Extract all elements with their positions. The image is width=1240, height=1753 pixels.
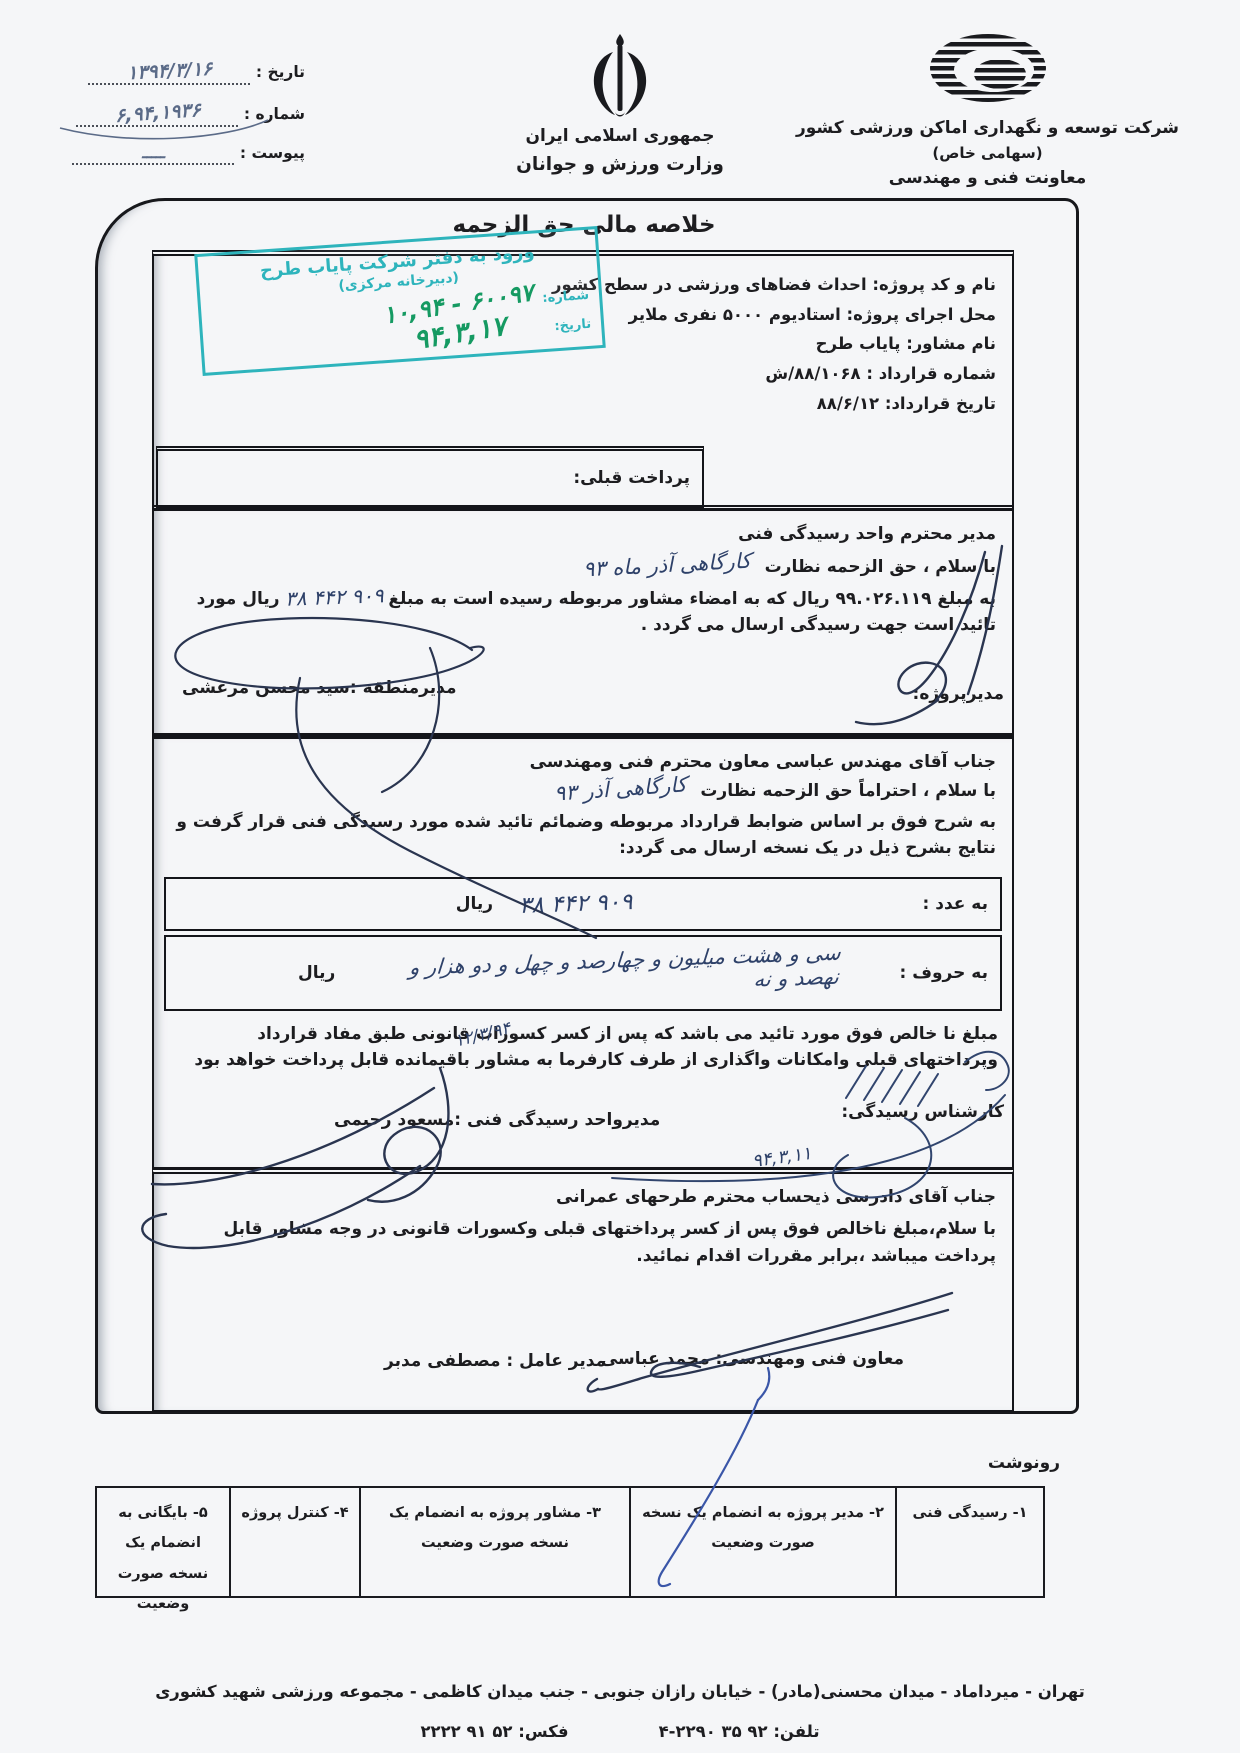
copies-item-4: ۴- کنترل پروژه xyxy=(229,1488,359,1596)
review-request-section: مدیر محترم واحد رسیدگی فنی با سلام ، حق … xyxy=(152,505,1014,737)
footer-contacts: تلفن: ۴-۲۲۹۰ ۳۵ ۹۲ فکس: ۲۲۲۲ ۹۱ ۵۲ xyxy=(0,1722,1240,1741)
section2-salutation: با سلام ، حق الزحمه نظارت xyxy=(765,557,996,577)
amount-numeric-unit: ریال xyxy=(456,891,493,917)
project-manager-label: مدیرپروژه: xyxy=(913,681,1004,707)
technical-review-result-section: جناب آقای مهندس عباسی معاون محترم فنی وم… xyxy=(152,733,1014,1169)
section2-amount-handwritten: ۳۸ ۴۴۲ ۹۰۹ xyxy=(284,583,383,610)
ministry-name: وزارت ورزش و جوانان xyxy=(470,154,770,175)
section4-recipient: جناب آقای دادرسی ذیحساب محترم طرحهای عمر… xyxy=(168,1184,996,1210)
letterhead-meta: تاریخ : ۱۳۹۴/۳/۱۶ شماره : ۶,۹۴,۱۹۳۶ پیوس… xyxy=(55,60,305,182)
review-expert-label: کارشناس رسیدگی: xyxy=(841,1099,1004,1125)
phone-value: ۴-۲۲۹۰ ۳۵ ۹۲ xyxy=(659,1722,768,1741)
letterhead-number-row: شماره : ۶,۹۴,۱۹۳۶ xyxy=(55,102,305,127)
company-type: (سهامی خاص) xyxy=(795,144,1180,162)
section3-salutation-handwritten: کارگاهی آذر ۹۳ xyxy=(554,773,688,806)
date-handwritten-value: ۱۳۹۴/۳/۱۶ xyxy=(126,58,212,84)
amount-numeric-row: به عدد : ۳۸ ۴۴۲ ۹۰۹ ریال xyxy=(164,877,1002,931)
phone-label: تلفن: xyxy=(773,1722,819,1741)
review-unit-manager-label: مدیرواحد رسیدگی فنی :مسعود رحیمی xyxy=(334,1107,660,1133)
contract-date-line: تاریخ قرارداد: ۸۸/۶/۱۲ xyxy=(154,389,996,419)
amount-words-label: به حروف : xyxy=(900,960,988,986)
company-name: شرکت توسعه و نگهداری اماکن ورزشی کشور xyxy=(795,118,1180,138)
attachment-label: پیوست : xyxy=(240,144,305,162)
section4-body: با سلام،مبلغ ناخالص فوق پس از کسر پرداخت… xyxy=(168,1216,996,1269)
section2-amount-pre: به مبلغ ۹۹.۰۲۶.۱۱۹ ریال که به امضاء مشاو… xyxy=(388,589,996,609)
deputy-signature-label: معاون فنی ومهندسی: محمد عباسی xyxy=(601,1346,904,1372)
copies-item-5: ۵- بایگانی به انضمام یک نسخه صورت وضعیت xyxy=(97,1488,229,1596)
amount-words-row: به حروف : سی و هشت میلیون و چهارصد و چهل… xyxy=(164,935,1002,1011)
fax-label: فکس: xyxy=(518,1722,568,1741)
section3-salutation: با سلام ، احتراماً حق الزحمه نظارت xyxy=(700,781,996,801)
number-label: شماره : xyxy=(244,105,305,123)
previous-payment-box: پرداخت قبلی: xyxy=(156,446,704,508)
copies-title: رونوشت xyxy=(988,1450,1060,1476)
amount-numeric-handwritten: ۳۸ ۴۴۲ ۹۰۹ xyxy=(519,889,633,919)
fax-value: ۲۲۲۲ ۹۱ ۵۲ xyxy=(420,1722,512,1741)
iran-emblem-icon xyxy=(565,28,675,120)
stamp-number-label: شماره: xyxy=(542,287,590,305)
number-handwritten-value: ۶,۹۴,۱۹۳۶ xyxy=(114,99,201,127)
country-name: جمهوری اسلامی ایران xyxy=(470,126,770,146)
stamp-date-label: تاریخ: xyxy=(554,317,592,335)
section3-recipient: جناب آقای مهندس عباسی معاون محترم فنی وم… xyxy=(168,749,996,775)
previous-payment-label: پرداخت قبلی: xyxy=(573,465,690,491)
copies-table: ۱- رسیدگی فنی ۲- مدیر پروژه به انضمام یک… xyxy=(95,1486,1045,1598)
letterhead-attachment-row: پیوست : ـــــ xyxy=(55,144,305,165)
date-label: تاریخ : xyxy=(256,63,305,81)
section3-body: به شرح فوق بر اساس ضوابط قرارداد مربوطه … xyxy=(168,809,996,862)
payment-order-section: جناب آقای دادرسی ذیحساب محترم طرحهای عمر… xyxy=(152,1168,1014,1412)
footer-phone: تلفن: ۴-۲۲۹۰ ۳۵ ۹۲ xyxy=(659,1722,820,1741)
attachment-handwritten-value: ـــــ xyxy=(142,144,165,162)
copies-item-3: ۳- مشاور پروژه به انضمام یک نسخه صورت وض… xyxy=(359,1488,629,1596)
amount-numeric-label: به عدد : xyxy=(923,891,989,917)
company-logo-icon xyxy=(918,30,1058,110)
section2-salutation-handwritten: کارگاهی آذر ماه ۹۳ xyxy=(583,549,752,582)
copies-item-2: ۲- مدیر پروژه به انضمام یک نسخه صورت وضع… xyxy=(629,1488,895,1596)
section2-recipient: مدیر محترم واحد رسیدگی فنی xyxy=(168,521,996,547)
region-manager-label: مدیرمنطقه :سید محسن مرعشی xyxy=(182,675,457,701)
department-name: معاونت فنی و مهندسی xyxy=(795,168,1180,188)
amount-words-unit: ریال xyxy=(298,960,335,986)
footer-fax: فکس: ۲۲۲۲ ۹۱ ۵۲ xyxy=(420,1722,568,1741)
letterhead-company: شرکت توسعه و نگهداری اماکن ورزشی کشور (س… xyxy=(795,30,1180,188)
managing-director-label: مدیر عامل : مصطفی مدبر xyxy=(384,1348,606,1374)
scanned-fee-summary-letter: تاریخ : ۱۳۹۴/۳/۱۶ شماره : ۶,۹۴,۱۹۳۶ پیوس… xyxy=(0,0,1240,1753)
section3-note: مبلغ نا خالص فوق مورد تائید می باشد که پ… xyxy=(170,1021,998,1074)
letterhead-center: جمهوری اسلامی ایران وزارت ورزش و جوانان xyxy=(470,28,770,175)
amount-words-handwritten: سی و هشت میلیون و چهارصد و چهل و دو هزار… xyxy=(358,941,841,1006)
footer-address: تهران - میرداماد - میدان محسنی(مادر) - خ… xyxy=(0,1682,1240,1701)
letterhead-date-row: تاریخ : ۱۳۹۴/۳/۱۶ xyxy=(55,60,305,85)
copies-item-1: ۱- رسیدگی فنی xyxy=(895,1488,1043,1596)
